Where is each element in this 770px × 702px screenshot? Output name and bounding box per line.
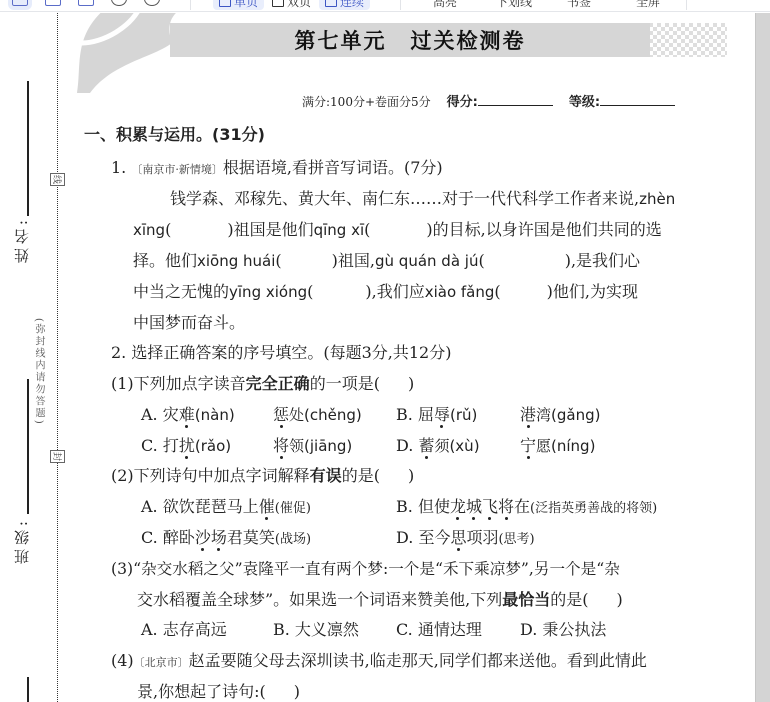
name-blank-line: [27, 81, 29, 216]
question-source-tag: 〔北京市〕: [134, 656, 189, 669]
q2-sub2-option-d: D. 至今思项羽(思考): [396, 528, 535, 550]
zoom-in-icon[interactable]: [144, 0, 160, 6]
q2-sub3-option-b: B. 大义凛然: [273, 620, 359, 640]
fullscreen-button[interactable]: 全屏: [636, 0, 660, 10]
q2-sub3-stem-line2: 交水稻覆盖全球梦”。如果选一个词语来赞美他,下列最恰当的是(): [137, 590, 623, 610]
grade-blank[interactable]: [600, 94, 675, 106]
q1-passage-line: 中国梦而奋斗。: [133, 313, 245, 333]
section-heading: 一、积累与运用。(31分): [84, 125, 265, 145]
reader-toolbar: 单页 双页 连续 高亮 下划线 书签 全屏: [0, 0, 770, 12]
dotted-chars: 龙城飞将: [450, 497, 514, 516]
binding-blank-line: [27, 677, 29, 702]
question-2-header: 2. 选择正确答案的序号填空。(每题3分,共12分): [111, 343, 451, 363]
q2-sub4-stem-line1: (4)〔北京市〕赵孟要随父母去深圳读书,临走那天,同学们都来送他。看到此情此: [111, 651, 647, 673]
q1-passage-line: xīng()祖国是他们qīng xī()的目标,以身许国是他们共同的选: [133, 220, 662, 240]
class-blank-line: [27, 379, 29, 514]
highlight-button[interactable]: 高亮: [433, 0, 457, 10]
q2-sub3-option-d: D. 秉公执法: [520, 620, 606, 640]
single-page-icon: [219, 0, 231, 7]
continuous-icon: [325, 0, 337, 7]
q2-sub1-option-c: C. 打扰(rǎo): [141, 436, 231, 456]
q1-passage-line: 钱学森、邓稼先、黄大年、南仁东……对于一代代科学工作者来说,zhèn: [170, 189, 675, 209]
score-label: 得分:: [447, 91, 478, 110]
q2-sub3-stem-line1: (3)“杂交水稻之父”袁隆平一直有两个梦:一个是“禾下乘凉梦”,另一个是“杂: [111, 559, 620, 579]
document-page: 线 封 姓名: (弥封线内请勿答题) 班级: 第七单元过关检测卷 满分:100分…: [0, 13, 755, 702]
name-label: 姓名:: [11, 216, 32, 263]
class-label: 班级:: [11, 517, 32, 564]
q2-sub2-option-a: A. 欲饮琵琶马上催(催促): [141, 497, 311, 519]
bookmark-button[interactable]: 书签: [567, 0, 591, 10]
continuous-button[interactable]: 连续: [319, 0, 370, 10]
zoom-out-icon[interactable]: [111, 0, 127, 6]
q1-passage-line: 择。他们xiōng huái()祖国,gù quán dà jú(),是我们心: [133, 251, 640, 271]
q2-sub1-option-b: B. 屈辱(rǔ): [396, 405, 477, 425]
question-source-tag: 〔南京市·新情境〕: [131, 163, 223, 176]
toolbar-divider: [686, 0, 687, 10]
underline-button[interactable]: 下划线: [496, 0, 532, 10]
single-page-button[interactable]: 单页: [213, 0, 264, 10]
q2-sub1-option-a2: 惩处(chěng): [273, 405, 362, 425]
q2-sub1-stem: (1)下列加点字读音完全正确的一项是(): [111, 374, 414, 394]
grade-label: 等级:: [569, 91, 600, 110]
seal-mark-line: 线: [50, 173, 65, 186]
page-title: 第七单元过关检测卷: [170, 25, 650, 55]
double-page-icon: [272, 0, 284, 7]
q2-sub1-option-d2: 宁愿(níng): [520, 436, 595, 456]
vertical-scrollbar[interactable]: [755, 13, 770, 702]
full-marks-text: 满分:100分+卷面分5分: [302, 93, 431, 110]
dotted-chars: 沙场: [195, 528, 227, 547]
q2-sub3-option-c: C. 通情达理: [396, 620, 482, 640]
double-page-button[interactable]: 双页: [266, 0, 317, 10]
binding-dotted-line: [57, 13, 58, 702]
q2-sub2-option-b: B. 但使龙城飞将在(泛指英勇善战的将领): [396, 497, 657, 519]
q2-sub1-option-c2: 将领(jiāng): [273, 436, 352, 456]
q2-sub2-option-c: C. 醉卧沙场君莫笑(战场): [141, 528, 311, 550]
question-1-header: 1. 〔南京市·新情境〕根据语境,看拼音写词语。(7分): [111, 158, 443, 180]
q2-sub1-option-b2: 港湾(gǎng): [520, 405, 600, 425]
score-blank[interactable]: [478, 94, 553, 106]
score-line: 满分:100分+卷面分5分 得分: 等级:: [302, 91, 675, 110]
q2-sub3-option-a: A. 志存高远: [141, 620, 227, 640]
q2-sub1-option-a: A. 灾难(nàn): [141, 405, 235, 425]
q2-sub1-option-d: D. 蓄须(xù): [396, 436, 480, 456]
toolbar-divider: [400, 0, 401, 10]
print-icon[interactable]: [78, 0, 94, 6]
seal-mark-seal: 封: [50, 450, 65, 463]
toolbar-divider: [190, 0, 191, 10]
q1-passage-line: 中当之无愧的yīng xióng(),我们应xiào fǎng()他们,为实现: [133, 282, 638, 302]
download-icon[interactable]: [45, 0, 61, 6]
q2-sub4-stem-line2: 景,你想起了诗句:(): [137, 682, 300, 702]
q2-sub2-stem: (2)下列诗句中加点字词解释有误的是(): [111, 466, 414, 486]
fit-page-icon[interactable]: [12, 0, 28, 6]
banner-checker-decoration: [645, 23, 727, 57]
seal-warning-note: (弥封线内请勿答题): [33, 318, 43, 426]
